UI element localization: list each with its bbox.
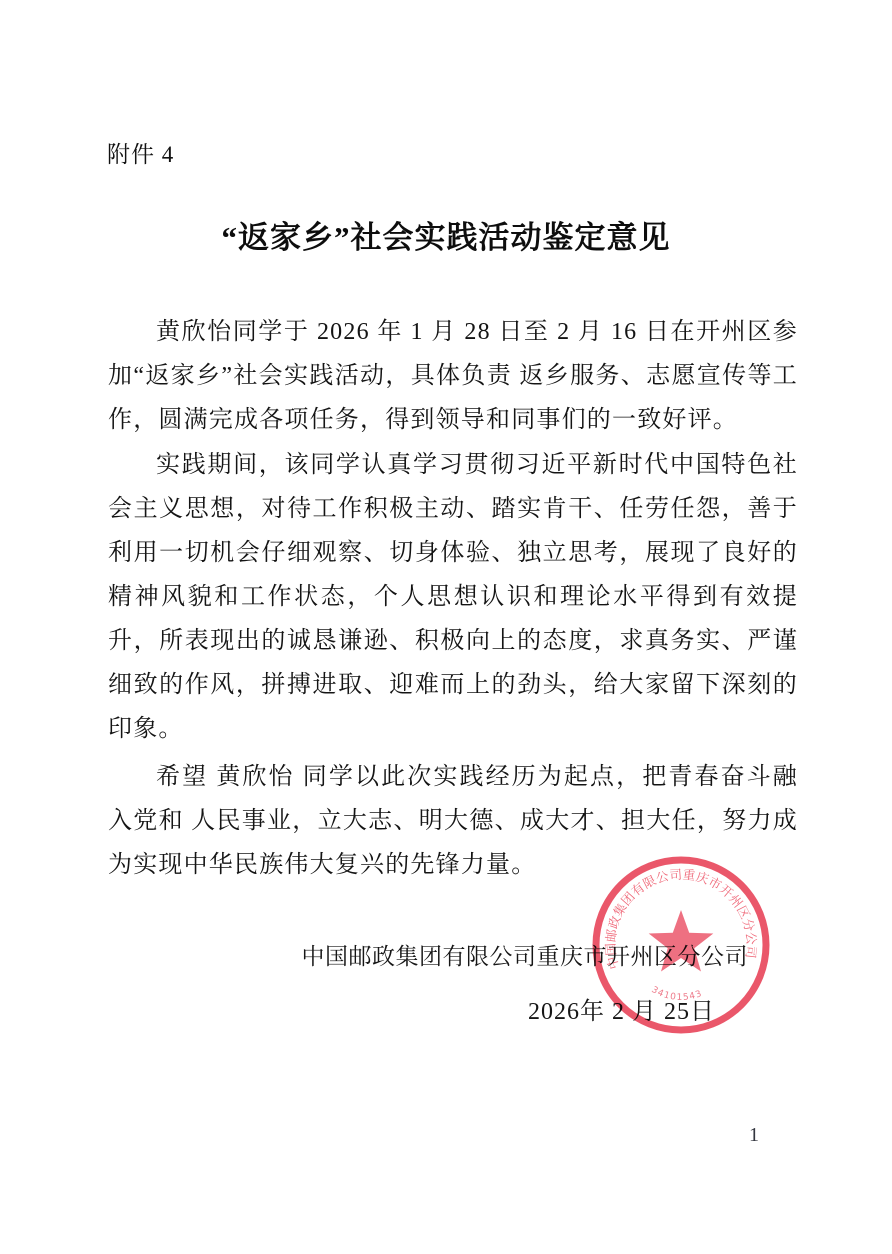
document-title: “返家乡”社会实践活动鉴定意见 <box>0 212 892 257</box>
document-page: 附件 4 “返家乡”社会实践活动鉴定意见 黄欣怡同学于 2026 年 1 月 2… <box>0 0 892 1254</box>
paragraph-practice-summary: 黄欣怡同学于 2026 年 1 月 28 日至 2 月 16 日在开州区参加“返… <box>108 310 798 442</box>
paragraph-performance-appraisal: 实践期间，该同学认真学习贯彻习近平新时代中国特色社会主义思想，对待工作积极主动、… <box>108 443 798 751</box>
page-number: 1 <box>749 1124 759 1147</box>
paragraph-expectation: 希望 黄欣怡 同学以此次实践经历为起点，把青春奋斗融入党和 人民事业，立大志、明… <box>108 755 798 887</box>
document-body: 黄欣怡同学于 2026 年 1 月 28 日至 2 月 16 日在开州区参加“返… <box>108 310 798 887</box>
attachment-label: 附件 4 <box>107 136 174 169</box>
signature-date: 2026年 2 月 25日 <box>0 991 715 1026</box>
signature-organization: 中国邮政集团有限公司重庆市开州区分公司 <box>0 938 748 971</box>
